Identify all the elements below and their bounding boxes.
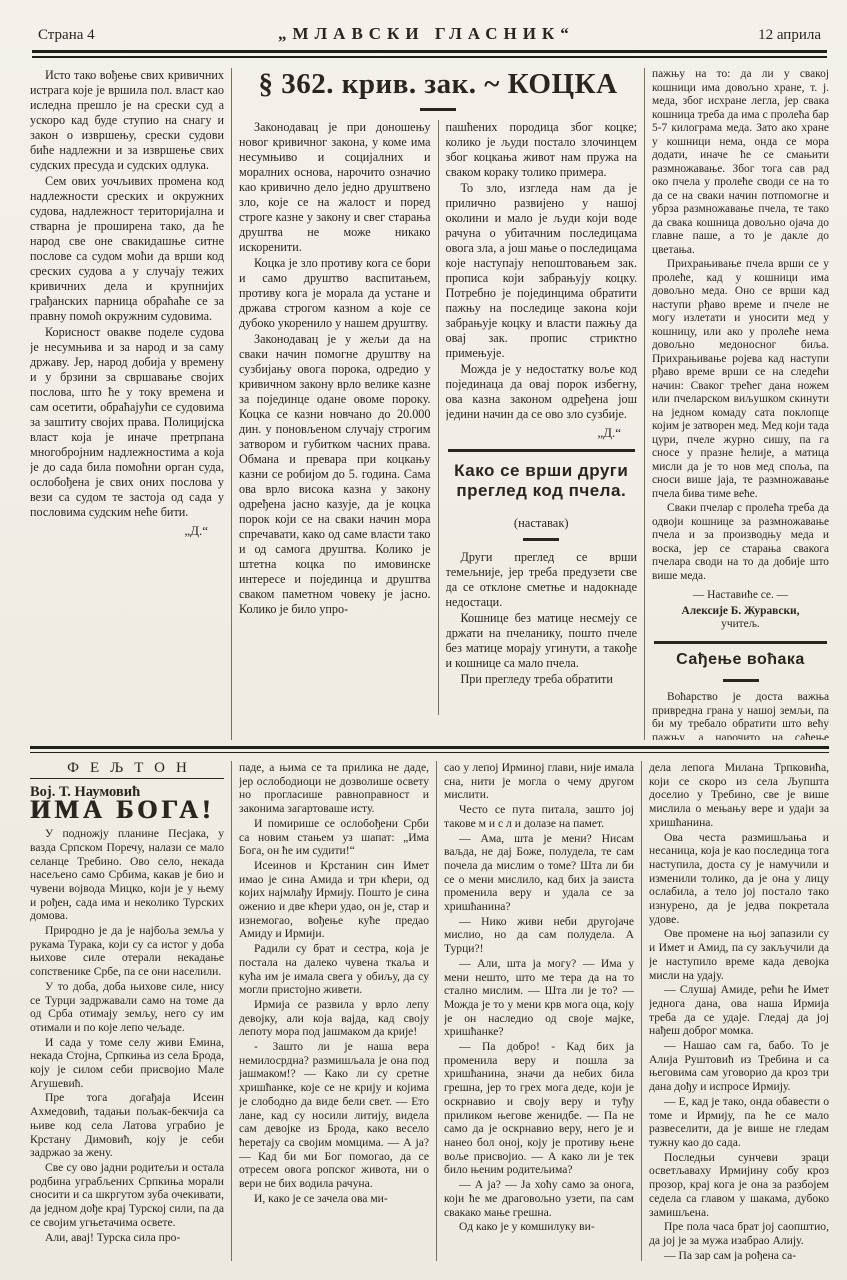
paragraph: При прегледу треба обратити <box>446 672 638 687</box>
column-divider <box>438 120 439 715</box>
paragraph: — Е, кад је тако, онда обавести о томе и… <box>649 1095 829 1150</box>
paragraph: У то доба, доба њихове силе, нису се Тур… <box>30 980 224 1035</box>
paragraph: Пре пола часа брат јој саопштио, да јој … <box>649 1220 829 1247</box>
feljton-divider-rule <box>30 746 829 753</box>
paragraph: Законодавац је у жељи да на сваки начин … <box>239 332 431 617</box>
newspaper-page: Страна 4 „МЛАВСКИ ГЛАСНИК“ 12 априла Ист… <box>0 0 847 1280</box>
paragraph: — Нашао сам га, бабо. То је Алија Руштов… <box>649 1039 829 1094</box>
paragraph: Последњи сунчеви зраци осветљаваху Ирмиј… <box>649 1151 829 1220</box>
paragraph: паде, а њима се та прилика не даде, јер … <box>239 761 429 816</box>
paragraph: Исто тако вођење свих кривичних истрага … <box>30 68 224 173</box>
paragraph: - Зашто ли је наша вера немилосрдна? раз… <box>239 1040 429 1191</box>
masthead-rule <box>32 50 827 58</box>
paragraph: Прихрањивање пчела врши се у пролеће, ка… <box>652 258 829 501</box>
kocka-article: § 362. крив. зак. ~ КОЦКА Законодавац је… <box>239 68 637 740</box>
paragraph: Ирмија се развила у врло лепу девојку, а… <box>239 998 429 1039</box>
feljton-title: ИМА БОГА! <box>30 803 224 817</box>
paragraph: Ова честа размишљања и несаница, која је… <box>649 831 829 927</box>
paragraph: Радили су брат и сестра, која је постала… <box>239 942 429 997</box>
paragraph: — Али, шта ја могу? — Има у мени нешто, … <box>444 957 634 1039</box>
page-header: Страна 4 „МЛАВСКИ ГЛАСНИК“ 12 априла <box>30 24 829 50</box>
heading-dash-rule <box>523 538 559 541</box>
paragraph: Други преглед се врши темељније, јер тре… <box>446 550 638 610</box>
column-divider <box>231 761 232 1261</box>
kocka-right-column: пашћених породица због коцке; колико је … <box>446 120 638 715</box>
paragraph: Коцка је зло противу кога се бори и само… <box>239 256 431 331</box>
paragraph: Кошнице без матице несмеју се држати на … <box>446 611 638 671</box>
paragraph: Законодавац је при доношењу новог кривич… <box>239 120 431 255</box>
feljton-column-1: ФЕЉТОН Вој. Т. Наумовић ИМА БОГА! У подн… <box>30 761 224 1261</box>
paragraph: Од како је у комшилуку ви- <box>444 1220 634 1234</box>
column-divider <box>641 761 642 1261</box>
feljton-section: ФЕЉТОН Вој. Т. Наумовић ИМА БОГА! У подн… <box>30 761 829 1261</box>
paragraph: То зло, изгледа нам да је прилично разви… <box>446 181 638 361</box>
issue-date: 12 априла <box>758 27 821 44</box>
paragraph: И помирише се ослобођени Срби са новим с… <box>239 817 429 858</box>
paragraph: Пре тога догађаја Исеин Ахмедовић, тадањ… <box>30 1091 224 1160</box>
paragraph: Али, авај! Турска сила про- <box>30 1231 224 1245</box>
article-separator-rule <box>654 641 827 644</box>
paragraph: Ове промене на њој запазили су и Имет и … <box>649 927 829 982</box>
bees-right-body: пажњу на то: да ли у свакој кошници има … <box>652 68 829 583</box>
paragraph: Сем ових уочљивих промена код надлежност… <box>30 174 224 324</box>
kocka-left-column: Законодавац је при доношењу новог кривич… <box>239 120 431 715</box>
paragraph: И, како је се зачела ова ми- <box>239 1192 429 1206</box>
paragraph: — А ја? — Ја хоћу само за онога, који ће… <box>444 1178 634 1219</box>
kocka-columns: Законодавац је при доношењу новог кривич… <box>239 120 637 715</box>
paragraph: Природно је да је најбоља земља у рукама… <box>30 924 224 979</box>
bees-author-role: учитељ. <box>652 618 829 632</box>
courts-article-body: Исто тако вођење свих кривичних истрага … <box>30 68 224 520</box>
paragraph: — Па добро! - Кад бих ја променила веру … <box>444 1040 634 1177</box>
feljton-label-rule <box>30 778 224 779</box>
bees-author: Алексије Б. Журавски, <box>652 605 829 619</box>
paragraph: — Ама, шта је мени? Нисам ваљда, не дај … <box>444 832 634 914</box>
paragraph: И сада у томе селу живи Емина, некада Ст… <box>30 1036 224 1091</box>
article-separator-rule <box>448 449 636 452</box>
paragraph: Исеинов и Крстанин син Имет имао је сина… <box>239 859 429 941</box>
top-section: Исто тако вођење свих кривичних истрага … <box>30 68 829 740</box>
kocka-signature: „Д.“ <box>446 425 638 440</box>
paragraph: дела лепога Милана Трпковића, који се ск… <box>649 761 829 830</box>
paragraph: Сваки пчелар с пролећа треба да одвоји к… <box>652 502 829 583</box>
headline-dash-rule <box>420 108 456 111</box>
paragraph: Све су ово јадни родитељи и остала родби… <box>30 1161 224 1230</box>
feljton-label: ФЕЉТОН <box>30 762 224 776</box>
kocka-headline: § 362. крив. зак. ~ КОЦКА <box>239 68 637 101</box>
paragraph: сао у лепој Ирминој глави, није имала сн… <box>444 761 634 802</box>
paragraph: Често се пута питала, зашто јој такове м… <box>444 803 634 830</box>
right-column: пажњу на то: да ли у свакој кошници има … <box>652 68 829 740</box>
feljton-column-2: паде, а њима се та прилика не даде, јер … <box>239 761 429 1261</box>
kocka-right-body: пашћених породица због коцке; колико је … <box>446 120 638 422</box>
paragraph: пажњу на то: да ли у свакој кошници има … <box>652 68 829 257</box>
feljton-column-4: дела лепога Милана Трпковића, који се ск… <box>649 761 829 1261</box>
bees-article-heading: Како се врши други преглед код пчела. <box>446 461 638 502</box>
feljton-col1-body: У подножју планине Песјака, у вазда Српс… <box>30 827 224 1244</box>
feljton-column-3: сао у лепој Ирминој глави, није имала сн… <box>444 761 634 1261</box>
courts-article-signature: „Д.“ <box>30 523 224 538</box>
paragraph: — Слушај Амиде, рећи ће Имет једнога дан… <box>649 983 829 1038</box>
column-divider <box>644 68 645 740</box>
continuation-note: — Наставиће се. — <box>652 589 829 603</box>
page-number-label: Страна 4 <box>38 27 95 44</box>
masthead-title: „МЛАВСКИ ГЛАСНИК“ <box>278 24 575 44</box>
paragraph: — Па зар сам ја рођена са- <box>649 1249 829 1261</box>
paragraph: У подножју планине Песјака, у вазда Српс… <box>30 827 224 923</box>
paragraph: пашћених породица због коцке; колико је … <box>446 120 638 180</box>
column-divider <box>436 761 437 1261</box>
bees-article-subheading: (наставак) <box>446 516 638 531</box>
orchard-heading: Сађење воћака <box>652 653 829 667</box>
paragraph: Воћарство је доста важња привредна грана… <box>652 691 829 740</box>
paragraph: Можда је у недостатку воље код појединац… <box>446 362 638 422</box>
paragraph: — Нико живи неби другојаче мислио, но да… <box>444 915 634 956</box>
column-divider <box>231 68 232 740</box>
paragraph: Корисност овакве поделе судова је несумњ… <box>30 325 224 520</box>
courts-article-column: Исто тако вођење свих кривичних истрага … <box>30 68 224 740</box>
bees-left-body: Други преглед се врши темељније, јер тре… <box>446 550 638 687</box>
heading-dash-rule <box>723 679 759 682</box>
orchard-body: Воћарство је доста важња привредна грана… <box>652 691 829 740</box>
